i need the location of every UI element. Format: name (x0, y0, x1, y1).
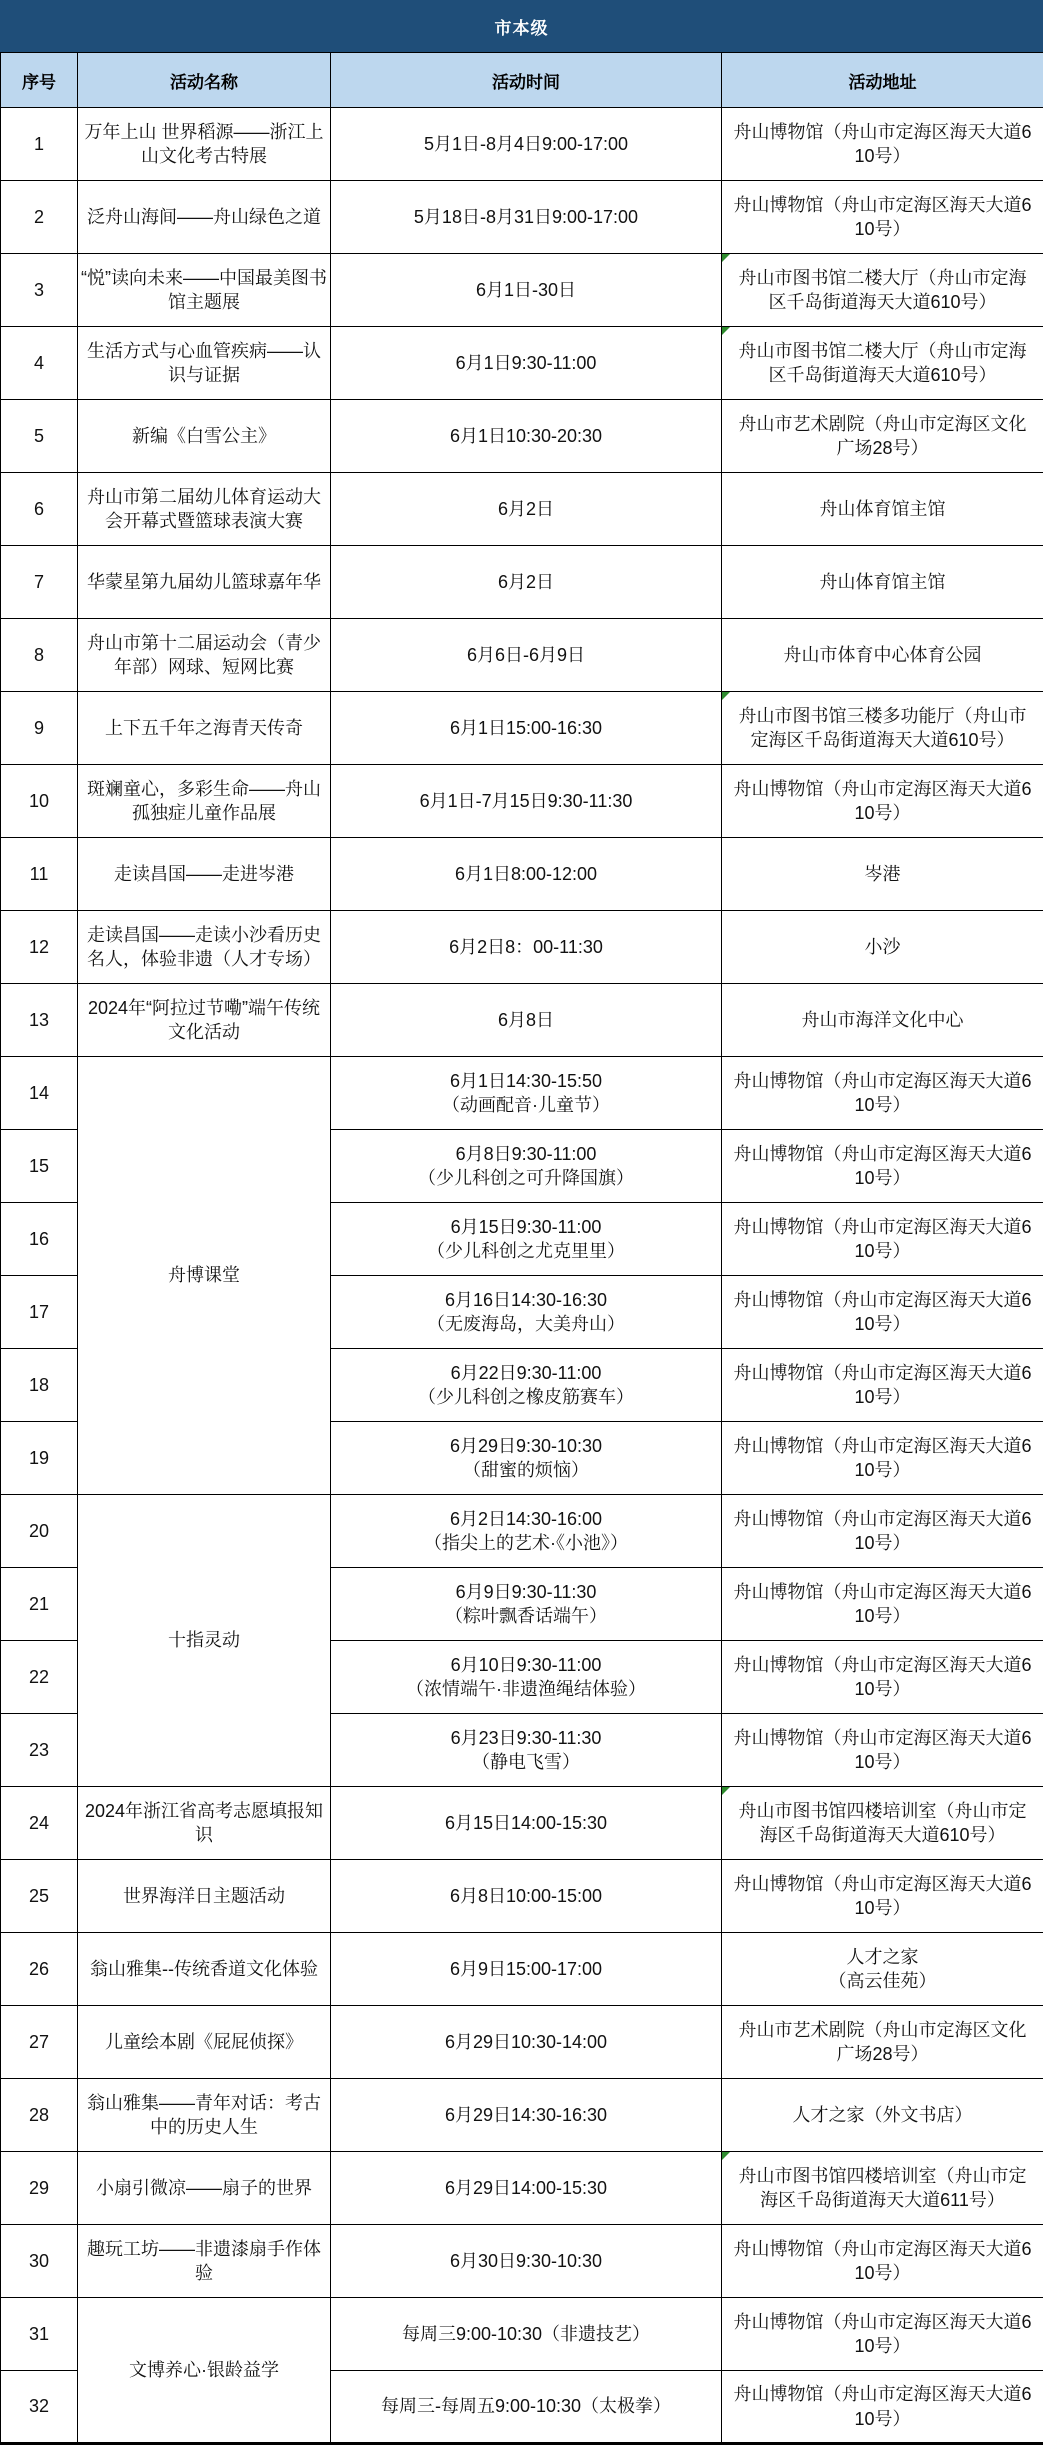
activity-time-cell: 6月1日9:30-11:00 (331, 327, 722, 400)
activity-address-cell: 小沙 (722, 911, 1043, 984)
activity-time-cell: 每周三-每周五9:00-10:30（太极拳） (331, 2371, 722, 2444)
activity-time-cell: 6月9日9:30-11:30 （粽叶飘香话端午） (331, 1568, 722, 1641)
activity-name-cell: 华蒙星第九届幼儿篮球嘉年华 (78, 546, 331, 619)
activity-time-cell: 6月9日15:00-17:00 (331, 1933, 722, 2006)
activity-name-cell: 翁山雅集——青年对话：考古中的历史人生 (78, 2079, 331, 2152)
row-number-cell: 24 (1, 1787, 78, 1860)
row-number-cell: 4 (1, 327, 78, 400)
activity-address-cell: 舟山市图书馆二楼大厅（舟山市定海区千岛街道海天大道610号） (722, 327, 1043, 400)
activity-address-cell: 舟山博物馆（舟山市定海区海天大道610号） (722, 2298, 1043, 2371)
activity-address-cell: 人才之家（外文书店） (722, 2079, 1043, 2152)
row-number-cell: 1 (1, 108, 78, 181)
activity-sheet: 市本级 序号 活动名称 活动时间 活动地址 1万年上山 世界稻源——浙江上山文化… (0, 0, 1043, 2445)
activity-address-cell: 舟山博物馆（舟山市定海区海天大道610号） (722, 2225, 1043, 2298)
activity-address-cell: 舟山体育馆主馆 (722, 546, 1043, 619)
table-row: 5新编《白雪公主》6月1日10:30-20:30舟山市艺术剧院（舟山市定海区文化… (1, 400, 1043, 473)
activity-name-cell: 文博养心·银龄益学 (78, 2298, 331, 2444)
row-number-cell: 13 (1, 984, 78, 1057)
activity-address-cell: 舟山博物馆（舟山市定海区海天大道610号） (722, 108, 1043, 181)
activity-address-cell: 舟山博物馆（舟山市定海区海天大道610号） (722, 2371, 1043, 2444)
table-row: 132024年“阿拉过节嘞”端午传统文化活动6月8日舟山市海洋文化中心 (1, 984, 1043, 1057)
table-row: 12走读昌国——走读小沙看历史名人，体验非遗（人才专场）6月2日8：00-11:… (1, 911, 1043, 984)
activity-time-cell: 5月18日-8月31日9:00-17:00 (331, 181, 722, 254)
activity-name-cell: 舟山市第二届幼儿体育运动大会开幕式暨篮球表演大赛 (78, 473, 331, 546)
activity-name-cell: 趣玩工坊——非遗漆扇手作体验 (78, 2225, 331, 2298)
activity-address-cell: 舟山体育馆主馆 (722, 473, 1043, 546)
row-number-cell: 21 (1, 1568, 78, 1641)
row-number-cell: 8 (1, 619, 78, 692)
table-body: 1万年上山 世界稻源——浙江上山文化考古特展5月1日-8月4日9:00-17:0… (1, 108, 1043, 2444)
activity-address-cell: 舟山市图书馆四楼培训室（舟山市定海区千岛街道海天大道610号） (722, 1787, 1043, 1860)
activity-address-cell: 舟山博物馆（舟山市定海区海天大道610号） (722, 1057, 1043, 1130)
table-title: 市本级 (0, 0, 1043, 52)
activity-address-cell: 岑港 (722, 838, 1043, 911)
activity-time-cell: 6月29日9:30-10:30 （甜蜜的烦恼） (331, 1422, 722, 1495)
row-number-cell: 14 (1, 1057, 78, 1130)
row-number-cell: 27 (1, 2006, 78, 2079)
row-number-cell: 11 (1, 838, 78, 911)
table-row: 10斑斓童心，多彩生命——舟山孤独症儿童作品展6月1日-7月15日9:30-11… (1, 765, 1043, 838)
activity-address-cell: 舟山博物馆（舟山市定海区海天大道610号） (722, 1276, 1043, 1349)
activity-name-cell: 儿童绘本剧《屁屁侦探》 (78, 2006, 331, 2079)
row-number-cell: 20 (1, 1495, 78, 1568)
cell-corner-flag-icon (722, 2152, 730, 2160)
activity-time-cell: 6月6日-6月9日 (331, 619, 722, 692)
table-row: 242024年浙江省高考志愿填报知识6月15日14:00-15:30舟山市图书馆… (1, 1787, 1043, 1860)
activity-name-cell: 舟博课堂 (78, 1057, 331, 1495)
activity-time-cell: 6月1日15:00-16:30 (331, 692, 722, 765)
activity-address-cell: 舟山市体育中心体育公园 (722, 619, 1043, 692)
activity-time-cell: 6月2日 (331, 546, 722, 619)
activity-time-cell: 5月1日-8月4日9:00-17:00 (331, 108, 722, 181)
activity-address-cell: 舟山博物馆（舟山市定海区海天大道610号） (722, 1860, 1043, 1933)
activity-time-cell: 6月10日9:30-11:00 （浓情端午·非遗渔绳结体验） (331, 1641, 722, 1714)
activity-address-cell: 舟山博物馆（舟山市定海区海天大道610号） (722, 1495, 1043, 1568)
row-number-cell: 19 (1, 1422, 78, 1495)
col-header-address: 活动地址 (722, 53, 1043, 108)
activity-name-cell: 十指灵动 (78, 1495, 331, 1787)
activity-time-cell: 6月1日-30日 (331, 254, 722, 327)
col-header-name: 活动名称 (78, 53, 331, 108)
activity-time-cell: 6月1日14:30-15:50 （动画配音·儿童节） (331, 1057, 722, 1130)
row-number-cell: 22 (1, 1641, 78, 1714)
col-header-index: 序号 (1, 53, 78, 108)
row-number-cell: 7 (1, 546, 78, 619)
activity-time-cell: 6月1日-7月15日9:30-11:30 (331, 765, 722, 838)
activity-address-cell: 舟山博物馆（舟山市定海区海天大道610号） (722, 181, 1043, 254)
activity-address-cell: 舟山博物馆（舟山市定海区海天大道610号） (722, 1641, 1043, 1714)
table-row: 31文博养心·银龄益学每周三9:00-10:30（非遗技艺）舟山博物馆（舟山市定… (1, 2298, 1043, 2371)
cell-corner-flag-icon (722, 692, 730, 700)
table-row: 8舟山市第十二届运动会（青少年部）网球、短网比赛6月6日-6月9日舟山市体育中心… (1, 619, 1043, 692)
table-row: 11走读昌国——走进岑港6月1日8:00-12:00岑港 (1, 838, 1043, 911)
cell-corner-flag-icon (722, 1787, 730, 1795)
activity-name-cell: 世界海洋日主题活动 (78, 1860, 331, 1933)
activity-time-cell: 6月16日14:30-16:30 （无废海岛，大美舟山） (331, 1276, 722, 1349)
activity-table: 序号 活动名称 活动时间 活动地址 1万年上山 世界稻源——浙江上山文化考古特展… (0, 52, 1043, 2445)
row-number-cell: 18 (1, 1349, 78, 1422)
cell-corner-flag-icon (722, 327, 730, 335)
activity-address-cell: 舟山博物馆（舟山市定海区海天大道610号） (722, 1130, 1043, 1203)
row-number-cell: 32 (1, 2371, 78, 2444)
activity-address-cell: 舟山市图书馆二楼大厅（舟山市定海区千岛街道海天大道610号） (722, 254, 1043, 327)
activity-address-cell: 人才之家 （高云佳苑） (722, 1933, 1043, 2006)
table-row: 26翁山雅集--传统香道文化体验6月9日15:00-17:00人才之家 （高云佳… (1, 1933, 1043, 2006)
activity-time-cell: 6月2日8：00-11:30 (331, 911, 722, 984)
activity-time-cell: 每周三9:00-10:30（非遗技艺） (331, 2298, 722, 2371)
row-number-cell: 15 (1, 1130, 78, 1203)
row-number-cell: 30 (1, 2225, 78, 2298)
activity-name-cell: 翁山雅集--传统香道文化体验 (78, 1933, 331, 2006)
activity-address-cell: 舟山市艺术剧院（舟山市定海区文化广场28号） (722, 2006, 1043, 2079)
table-row: 20十指灵动6月2日14:30-16:00 （指尖上的艺术·《小池》）舟山博物馆… (1, 1495, 1043, 1568)
row-number-cell: 28 (1, 2079, 78, 2152)
row-number-cell: 3 (1, 254, 78, 327)
activity-address-cell: 舟山市艺术剧院（舟山市定海区文化广场28号） (722, 400, 1043, 473)
table-row: 29小扇引微凉——扇子的世界6月29日14:00-15:30舟山市图书馆四楼培训… (1, 2152, 1043, 2225)
activity-time-cell: 6月30日9:30-10:30 (331, 2225, 722, 2298)
activity-name-cell: 上下五千年之海青天传奇 (78, 692, 331, 765)
activity-address-cell: 舟山博物馆（舟山市定海区海天大道610号） (722, 1568, 1043, 1641)
activity-address-cell: 舟山博物馆（舟山市定海区海天大道610号） (722, 765, 1043, 838)
activity-name-cell: 2024年浙江省高考志愿填报知识 (78, 1787, 331, 1860)
table-row: 14舟博课堂6月1日14:30-15:50 （动画配音·儿童节）舟山博物馆（舟山… (1, 1057, 1043, 1130)
activity-name-cell: 走读昌国——走读小沙看历史名人，体验非遗（人才专场） (78, 911, 331, 984)
row-number-cell: 16 (1, 1203, 78, 1276)
table-row: 4生活方式与心血管疾病——认识与证据6月1日9:30-11:00舟山市图书馆二楼… (1, 327, 1043, 400)
activity-address-cell: 舟山博物馆（舟山市定海区海天大道610号） (722, 1203, 1043, 1276)
table-row: 1万年上山 世界稻源——浙江上山文化考古特展5月1日-8月4日9:00-17:0… (1, 108, 1043, 181)
row-number-cell: 6 (1, 473, 78, 546)
activity-time-cell: 6月2日14:30-16:00 （指尖上的艺术·《小池》） (331, 1495, 722, 1568)
row-number-cell: 2 (1, 181, 78, 254)
activity-time-cell: 6月29日14:30-16:30 (331, 2079, 722, 2152)
activity-time-cell: 6月29日10:30-14:00 (331, 2006, 722, 2079)
table-row: 30趣玩工坊——非遗漆扇手作体验6月30日9:30-10:30舟山博物馆（舟山市… (1, 2225, 1043, 2298)
activity-time-cell: 6月22日9:30-11:00 （少儿科创之橡皮筋赛车） (331, 1349, 722, 1422)
activity-name-cell: 舟山市第十二届运动会（青少年部）网球、短网比赛 (78, 619, 331, 692)
row-number-cell: 12 (1, 911, 78, 984)
activity-time-cell: 6月8日10:00-15:00 (331, 1860, 722, 1933)
activity-time-cell: 6月29日14:00-15:30 (331, 2152, 722, 2225)
activity-name-cell: 小扇引微凉——扇子的世界 (78, 2152, 331, 2225)
activity-address-cell: 舟山市图书馆四楼培训室（舟山市定海区千岛街道海天大道611号） (722, 2152, 1043, 2225)
table-row: 6舟山市第二届幼儿体育运动大会开幕式暨篮球表演大赛6月2日舟山体育馆主馆 (1, 473, 1043, 546)
row-number-cell: 9 (1, 692, 78, 765)
activity-name-cell: “悦”读向未来——中国最美图书馆主题展 (78, 254, 331, 327)
table-row: 9上下五千年之海青天传奇6月1日15:00-16:30舟山市图书馆三楼多功能厅（… (1, 692, 1043, 765)
row-number-cell: 31 (1, 2298, 78, 2371)
cell-corner-flag-icon (722, 254, 730, 262)
table-row: 7华蒙星第九届幼儿篮球嘉年华6月2日舟山体育馆主馆 (1, 546, 1043, 619)
activity-time-cell: 6月1日8:00-12:00 (331, 838, 722, 911)
activity-address-cell: 舟山博物馆（舟山市定海区海天大道610号） (722, 1422, 1043, 1495)
row-number-cell: 10 (1, 765, 78, 838)
row-number-cell: 17 (1, 1276, 78, 1349)
activity-name-cell: 新编《白雪公主》 (78, 400, 331, 473)
activity-name-cell: 生活方式与心血管疾病——认识与证据 (78, 327, 331, 400)
row-number-cell: 26 (1, 1933, 78, 2006)
table-row: 25世界海洋日主题活动6月8日10:00-15:00舟山博物馆（舟山市定海区海天… (1, 1860, 1043, 1933)
row-number-cell: 29 (1, 2152, 78, 2225)
activity-address-cell: 舟山博物馆（舟山市定海区海天大道610号） (722, 1714, 1043, 1787)
table-row: 2泛舟山海间——舟山绿色之道5月18日-8月31日9:00-17:00舟山博物馆… (1, 181, 1043, 254)
activity-name-cell: 斑斓童心，多彩生命——舟山孤独症儿童作品展 (78, 765, 331, 838)
activity-time-cell: 6月1日10:30-20:30 (331, 400, 722, 473)
table-row: 28翁山雅集——青年对话：考古中的历史人生6月29日14:30-16:30人才之… (1, 2079, 1043, 2152)
activity-time-cell: 6月2日 (331, 473, 722, 546)
activity-time-cell: 6月15日9:30-11:00 （少儿科创之尤克里里） (331, 1203, 722, 1276)
table-row: 27儿童绘本剧《屁屁侦探》6月29日10:30-14:00舟山市艺术剧院（舟山市… (1, 2006, 1043, 2079)
activity-time-cell: 6月8日9:30-11:00 （少儿科创之可升降国旗） (331, 1130, 722, 1203)
activity-name-cell: 万年上山 世界稻源——浙江上山文化考古特展 (78, 108, 331, 181)
activity-name-cell: 泛舟山海间——舟山绿色之道 (78, 181, 331, 254)
activity-time-cell: 6月8日 (331, 984, 722, 1057)
row-number-cell: 25 (1, 1860, 78, 1933)
header-row: 序号 活动名称 活动时间 活动地址 (1, 53, 1043, 108)
row-number-cell: 5 (1, 400, 78, 473)
activity-address-cell: 舟山市图书馆三楼多功能厅（舟山市定海区千岛街道海天大道610号） (722, 692, 1043, 765)
activity-time-cell: 6月23日9:30-11:30 （静电飞雪） (331, 1714, 722, 1787)
activity-address-cell: 舟山市海洋文化中心 (722, 984, 1043, 1057)
activity-name-cell: 走读昌国——走进岑港 (78, 838, 331, 911)
table-row: 3“悦”读向未来——中国最美图书馆主题展6月1日-30日舟山市图书馆二楼大厅（舟… (1, 254, 1043, 327)
activity-name-cell: 2024年“阿拉过节嘞”端午传统文化活动 (78, 984, 331, 1057)
col-header-time: 活动时间 (331, 53, 722, 108)
activity-time-cell: 6月15日14:00-15:30 (331, 1787, 722, 1860)
row-number-cell: 23 (1, 1714, 78, 1787)
activity-address-cell: 舟山博物馆（舟山市定海区海天大道610号） (722, 1349, 1043, 1422)
